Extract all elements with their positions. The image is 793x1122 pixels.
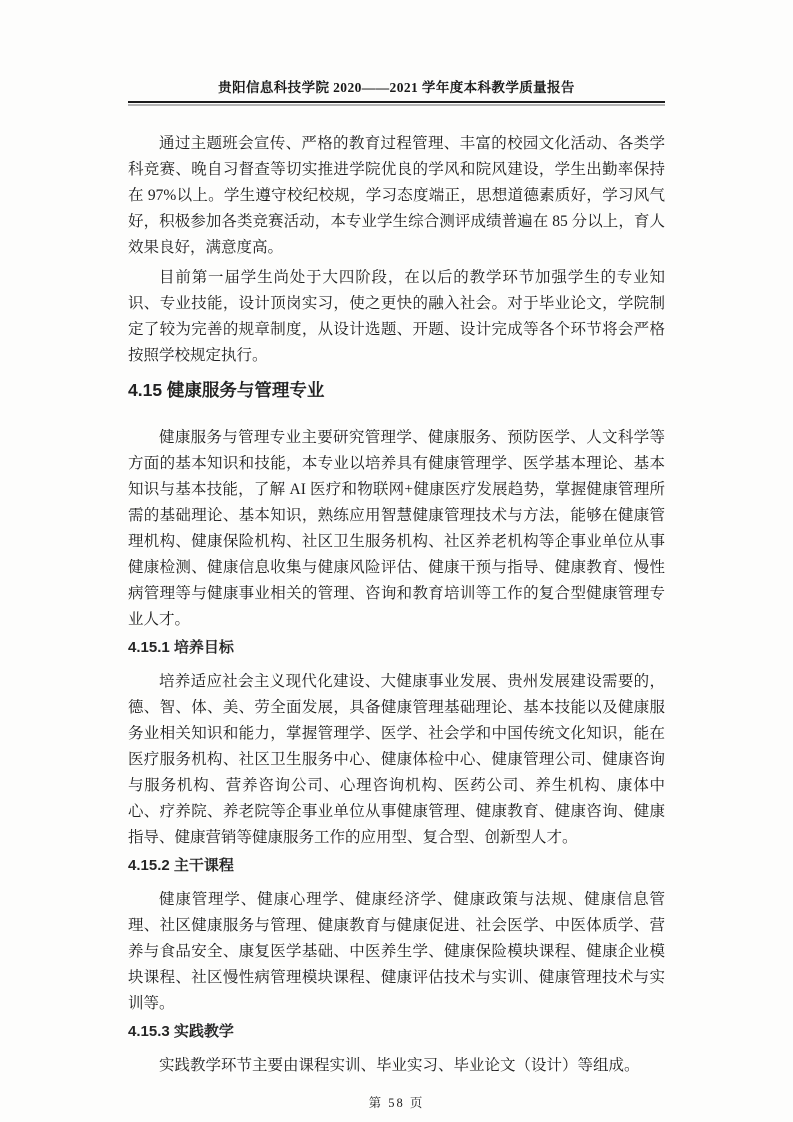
page-number: 第 58 页 bbox=[369, 1096, 425, 1110]
subsection-title-4-15-3: 4.15.3 实践教学 bbox=[128, 1021, 665, 1043]
header-rule-line bbox=[128, 101, 665, 103]
page-header: 贵阳信息科技学院 2020——2021 学年度本科教学质量报告 bbox=[0, 0, 793, 103]
page-footer: 第 58 页 bbox=[128, 1093, 665, 1111]
page-content: 通过主题班会宣传、严格的教育过程管理、丰富的校园文化活动、各类学科竞赛、晚自习督… bbox=[128, 131, 665, 1111]
paragraph-practical-teaching: 实践教学环节主要由课程实训、毕业实习、毕业论文（设计）等组成。 bbox=[128, 1053, 665, 1079]
running-head-title: 贵阳信息科技学院 2020——2021 学年度本科教学质量报告 bbox=[0, 80, 793, 96]
paragraph-first-cohort: 目前第一届学生尚处于大四阶段，在以后的教学环节加强学生的专业知识、专业技能，设计… bbox=[128, 265, 665, 369]
paragraph-student-activities: 通过主题班会宣传、严格的教育过程管理、丰富的校园文化活动、各类学科竞赛、晚自习督… bbox=[128, 131, 665, 261]
section-title-4-15: 4.15 健康服务与管理专业 bbox=[128, 378, 665, 403]
paragraph-major-intro: 健康服务与管理专业主要研究管理学、健康服务、预防医学、人文科学等方面的基本知识和… bbox=[128, 425, 665, 633]
paragraph-training-objectives: 培养适应社会主义现代化建设、大健康事业发展、贵州发展建设需要的，德、智、体、美、… bbox=[128, 669, 665, 851]
paragraph-core-courses: 健康管理学、健康心理学、健康经济学、健康政策与法规、健康信息管理、社区健康服务与… bbox=[128, 887, 665, 1017]
subsection-title-4-15-1: 4.15.1 培养目标 bbox=[128, 637, 665, 659]
report-page-scan: 贵阳信息科技学院 2020——2021 学年度本科教学质量报告 通过主题班会宣传… bbox=[0, 0, 793, 1122]
subsection-title-4-15-2: 4.15.2 主干课程 bbox=[128, 855, 665, 877]
